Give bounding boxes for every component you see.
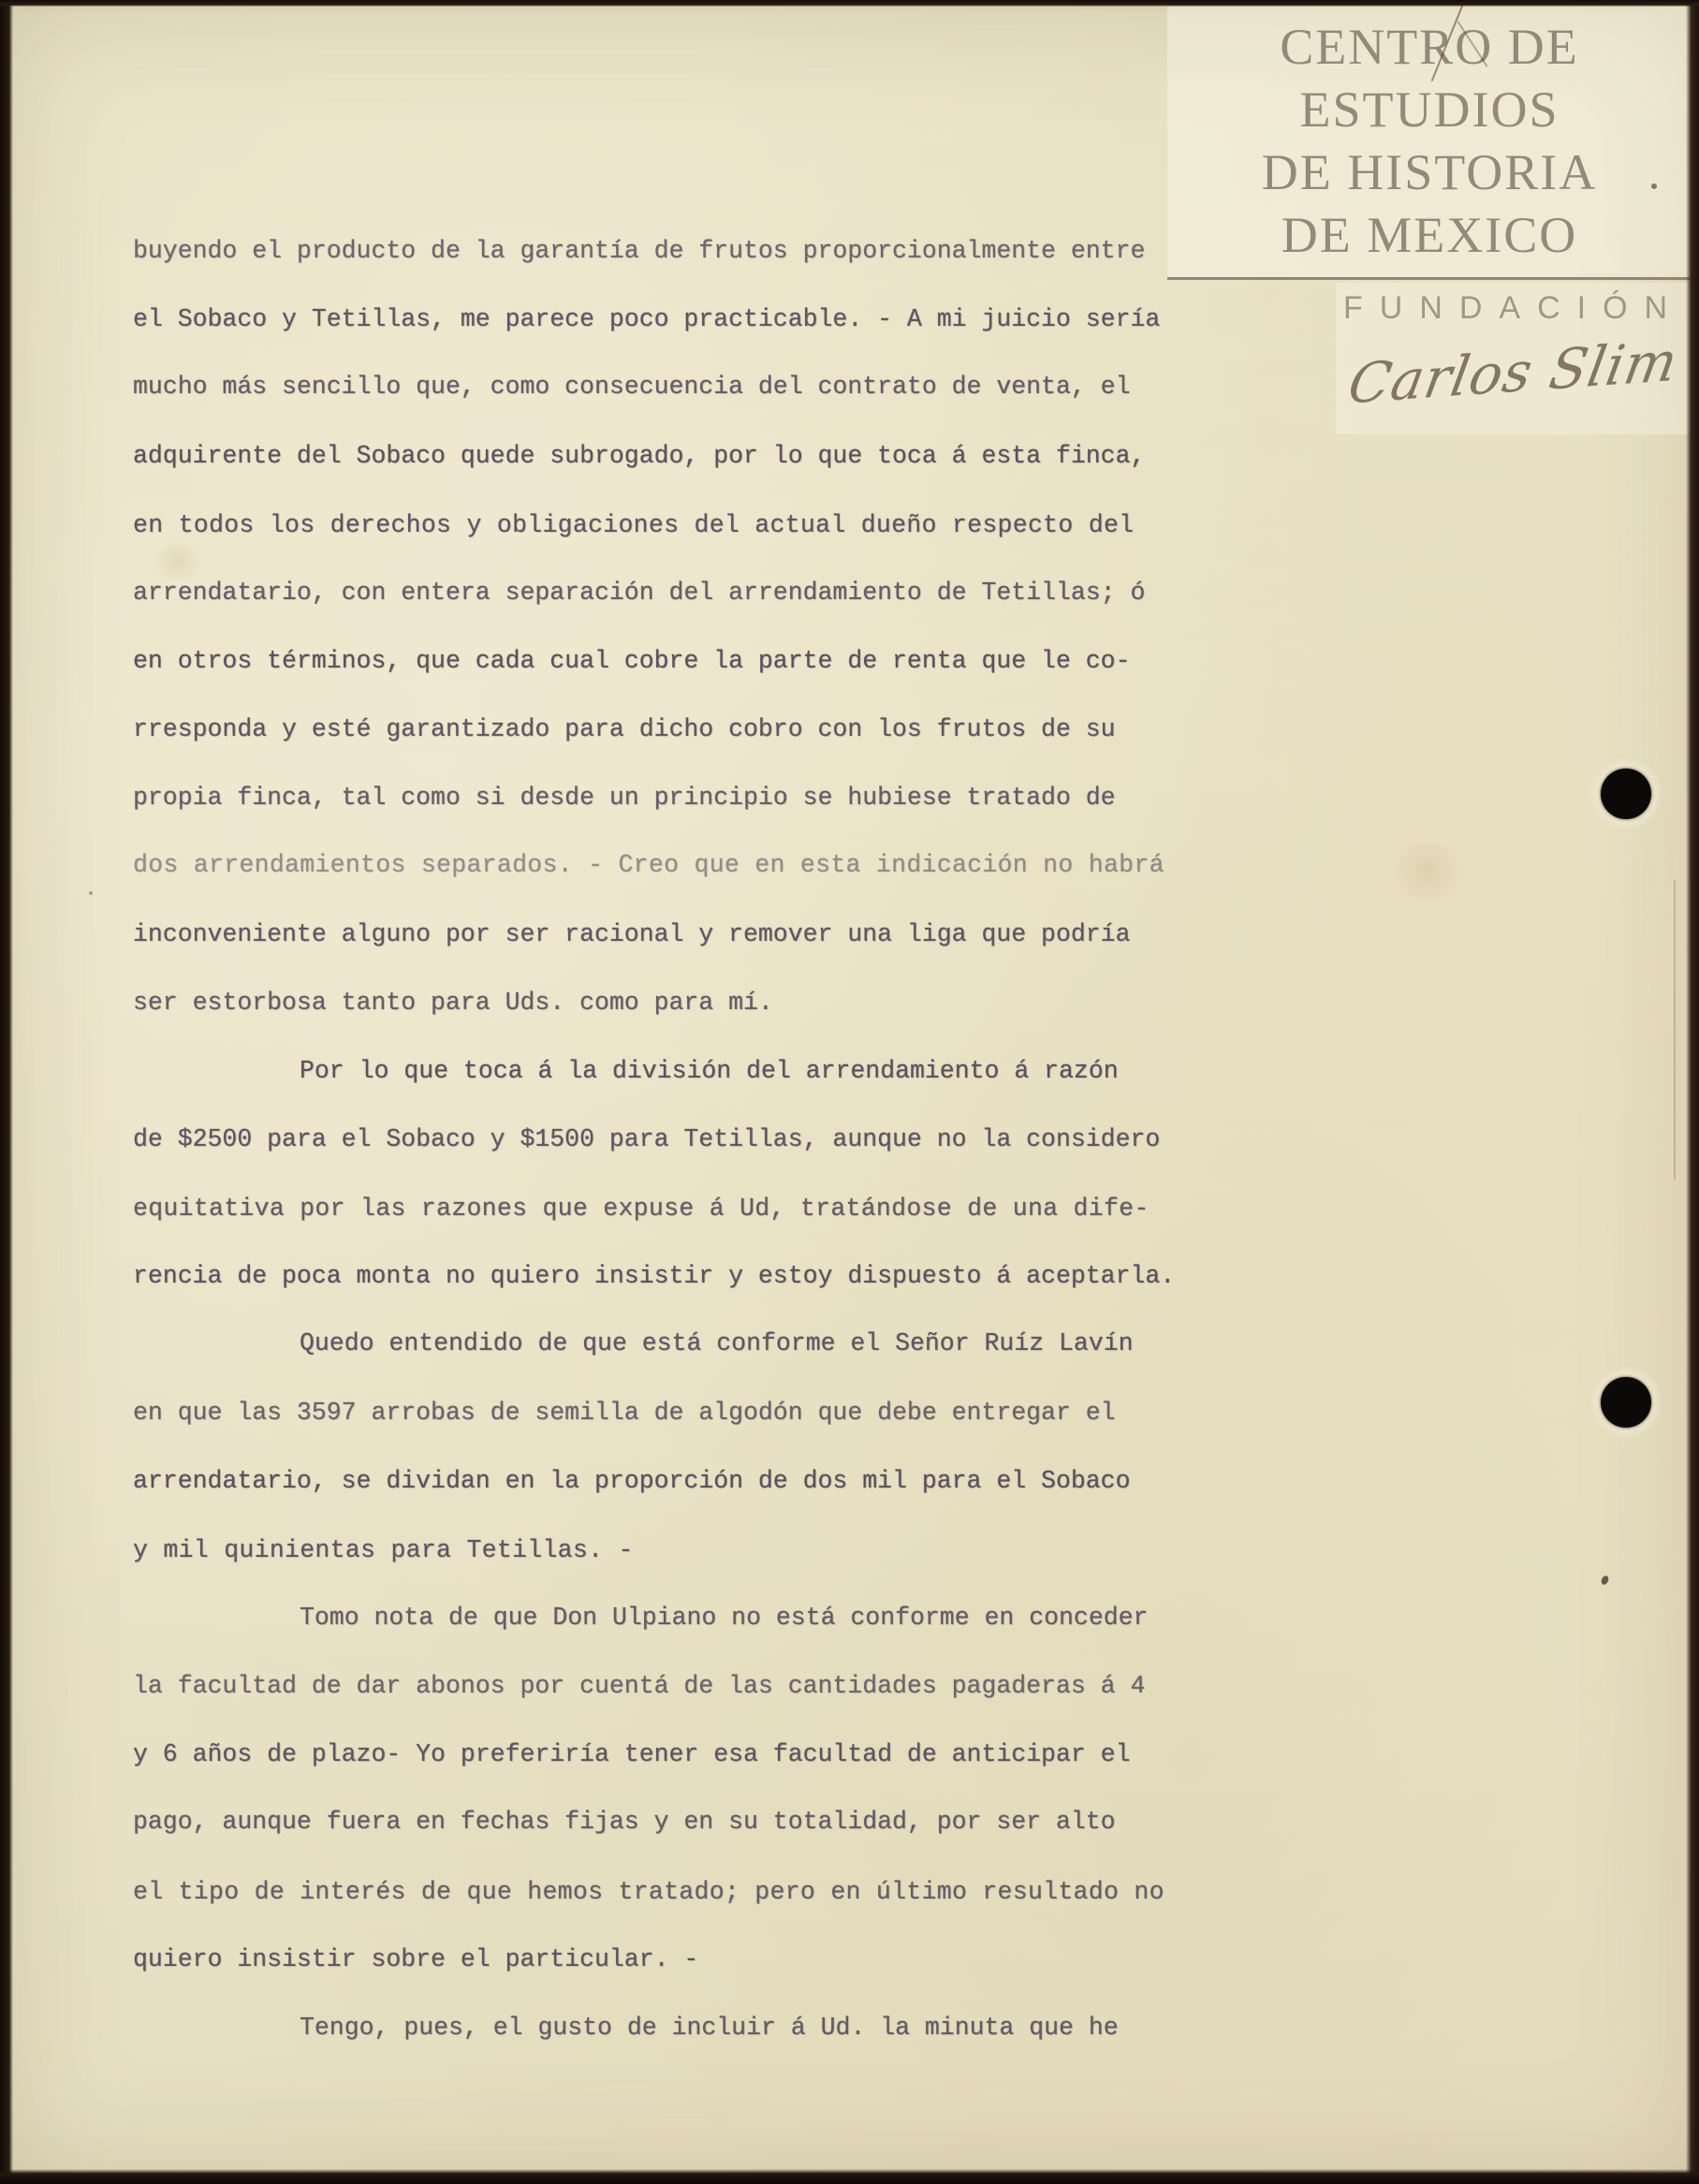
typewritten-line: el tipo de interés de que hemos tratado;… — [133, 1858, 1256, 1927]
typewritten-line-paragraph-start: Quedo entendido de que está conforme el … — [133, 1310, 1256, 1378]
typewritten-line: en todos los derechos y obligaciones del… — [133, 491, 1256, 560]
typewritten-line: en que las 3597 arrobas de semilla de al… — [133, 1379, 1256, 1447]
watermark-line: DE HISTORIA — [1167, 141, 1692, 204]
typewritten-text-block: buyendo el producto de la garantía de fr… — [133, 217, 1256, 2062]
ink-speck — [1600, 1575, 1610, 1586]
typewritten-line: inconveniente alguno por ser racional y … — [133, 901, 1256, 969]
ink-speck — [89, 891, 93, 895]
typewritten-line-paragraph-start: Tengo, pues, el gusto de incluir á Ud. l… — [133, 1994, 1256, 2062]
ink-speck — [1651, 183, 1657, 189]
watermark-line: ESTUDIOS — [1167, 79, 1692, 141]
paper-stain — [1385, 843, 1470, 899]
watermark-line: CENTRO DE — [1167, 16, 1692, 79]
archive-watermark-foundation: FUNDACIÓN Carlos Slim — [1336, 283, 1692, 434]
punch-hole — [1601, 1377, 1651, 1428]
typewritten-line: buyendo el producto de la garantía de fr… — [133, 217, 1256, 286]
typewritten-line: adquirente del Sobaco quede subrogado, p… — [133, 422, 1256, 491]
typewritten-line-paragraph-start: Tomo nota de que Don Ulpiano no está con… — [133, 1584, 1256, 1652]
scan-edge-left — [0, 0, 13, 2184]
scanned-letter-page: buyendo el producto de la garantía de fr… — [0, 0, 1699, 2184]
typewritten-line: el Sobaco y Tetillas, me parece poco pra… — [133, 286, 1256, 354]
scan-edge-bottom — [0, 2169, 1699, 2184]
typewritten-line: arrendatario, se dividan en la proporció… — [133, 1447, 1256, 1516]
typewritten-line: dos arrendamientos separados. - Creo que… — [133, 831, 1256, 900]
typewritten-line: ser estorbosa tanto para Uds. como para … — [133, 969, 1256, 1037]
typewritten-line: y 6 años de plazo- Yo preferiría tener e… — [133, 1721, 1256, 1789]
typewritten-line: y mil quinientas para Tetillas. - — [133, 1517, 1256, 1585]
typewritten-line: equitativa por las razones que expuse á … — [133, 1175, 1256, 1243]
paper-scratch — [1674, 880, 1676, 1180]
typewritten-line: quiero insistir sobre el particular. - — [133, 1926, 1256, 1994]
scan-edge-right — [1686, 0, 1699, 2184]
carlos-slim-signature: Carlos Slim — [1343, 329, 1683, 417]
typewritten-line: mucho más sencillo que, como consecuenci… — [133, 353, 1256, 421]
watermark-line: DE MEXICO — [1167, 204, 1692, 267]
typewritten-line: arrendatario, con entera separación del … — [133, 559, 1256, 627]
typewritten-line: propia finca, tal como si desde un princ… — [133, 764, 1256, 832]
typewritten-line-paragraph-start: Por lo que toca á la división del arrend… — [133, 1037, 1256, 1106]
typewritten-line: pago, aunque fuera en fechas fijas y en … — [133, 1788, 1256, 1856]
typewritten-line: rresponda y esté garantizado para dicho … — [133, 696, 1256, 764]
typewritten-line: de $2500 para el Sobaco y $1500 para Tet… — [133, 1106, 1256, 1174]
scan-edge-top — [0, 0, 1699, 7]
punch-hole — [1601, 769, 1651, 819]
archive-watermark-title: CENTRO DE ESTUDIOS DE HISTORIA DE MEXICO — [1167, 7, 1692, 280]
foundation-label: FUNDACIÓN — [1343, 290, 1684, 327]
typewritten-line: rencia de poca monta no quiero insistir … — [133, 1242, 1256, 1311]
typewritten-line: en otros términos, que cada cual cobre l… — [133, 627, 1256, 696]
typewritten-line: la facultad de dar abonos por cuentá de … — [133, 1652, 1256, 1721]
